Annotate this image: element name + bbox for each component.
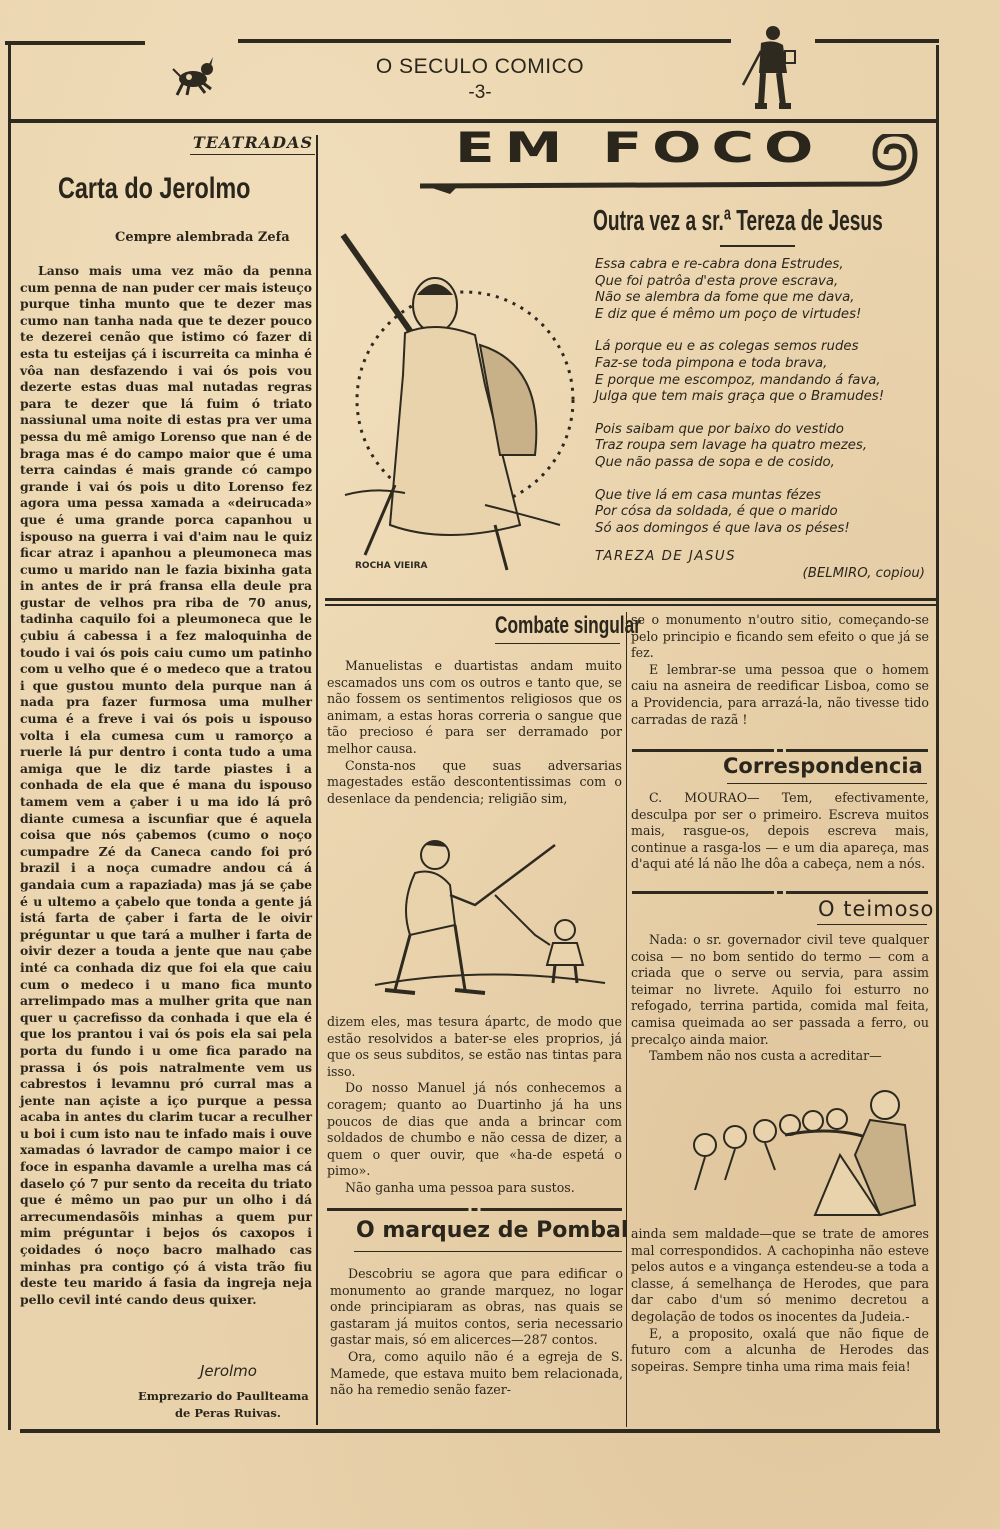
poem-title-underline	[720, 245, 795, 247]
correspondencia-top-rule	[632, 749, 928, 752]
article-title-carta: Carta do Jerolmo	[58, 172, 250, 206]
correspondencia-recipient: C. MOURAO—	[649, 790, 760, 805]
poem-copier: (BELMIRO, copiou)	[595, 566, 935, 583]
marquez-paragraph: Descobriu se agora que para edificar o m…	[330, 1266, 623, 1349]
bottom-rule	[20, 1429, 940, 1433]
teimoso-paragraph: Tambem não nos custa a acreditar—	[631, 1048, 929, 1065]
signature-title-line1: Emprezario do Paullteama	[138, 1389, 309, 1403]
article-title-combate: Combate singular	[495, 612, 641, 640]
poem-line: Por cósa da soldada, é que o marido	[595, 504, 935, 521]
combate-paragraph: dizem eles, mas tesura ápartc, de modo q…	[327, 1014, 622, 1080]
poem-line: Que não passa de sopa e de cosido,	[595, 455, 935, 472]
article-body-combate-bottom: dizem eles, mas tesura ápartc, de modo q…	[327, 1014, 622, 1197]
poem-line: Traz roupa sem lavage ha quatro mezes,	[595, 438, 935, 455]
article-body-correspondencia: C. MOURAO— Tem, efectivamente, desculpa …	[631, 790, 929, 873]
section-label-teatradas: TEATRADAS	[150, 133, 313, 152]
poem-line: Essa cabra e re-cabra dona Estrudes,	[595, 257, 935, 274]
signature: Jerolmo	[200, 1362, 257, 1380]
poem-author: TAREZA DE JASUS	[595, 549, 935, 566]
article-body-carta: Lanso mais uma vez mão da penna cum penn…	[20, 263, 312, 1308]
marquez-underline	[354, 1251, 622, 1252]
article-body-marquez-continued: se o monumento n'outro sitio, começando-…	[631, 612, 929, 728]
top-rule-right	[815, 39, 939, 43]
poem-stanza-3: Pois saibam que por baixo do vestido Tra…	[595, 422, 935, 472]
poem-line: Não se alembra da fome que me dava,	[595, 290, 935, 307]
article-body-marquez: Descobriu se agora que para edificar o m…	[330, 1266, 623, 1399]
frame-right-border	[936, 45, 939, 1430]
sword-duel-illustration	[355, 825, 615, 1005]
em-foco-bottom-rule	[325, 598, 936, 606]
poem-line: Faz-se toda pimpona e toda brava,	[595, 356, 935, 373]
poem-line: Que tive lá em casa muntas fézes	[595, 488, 935, 505]
poem-line: Pois saibam que por baixo do vestido	[595, 422, 935, 439]
column-divider-right	[626, 612, 627, 1427]
poem-stanza-2: Lá porque eu e as colegas semos rudes Fa…	[595, 339, 935, 405]
article-body-teimoso-top: Nada: o sr. governador civil teve qualqu…	[631, 932, 929, 1065]
marquez-paragraph: se o monumento n'outro sitio, começando-…	[631, 612, 929, 662]
poem-line: E porque me escompoz, mandando á fava,	[595, 373, 935, 390]
poem-stanza-1: Essa cabra e re-cabra dona Estrudes, Que…	[595, 257, 935, 323]
article-body-combate-top: Manuelistas e duartistas andam muito esc…	[327, 658, 622, 807]
article-body-teimoso-bottom: ainda sem maldade—que se trate de amores…	[631, 1226, 929, 1375]
combate-paragraph: Não ganha uma pessoa para sustos.	[327, 1180, 622, 1197]
frame-left-border	[8, 45, 11, 1430]
top-rule-left	[5, 41, 145, 45]
combate-bottom-ornament-rule	[327, 1208, 622, 1211]
spiral-ornament-icon	[420, 134, 925, 196]
top-rule-center	[238, 39, 731, 43]
marquez-paragraph: Ora, como aquilo não é a egreja de S. Ma…	[330, 1349, 623, 1399]
article-title-teimoso: O teimoso	[818, 897, 934, 921]
poem-line: Que foi patrôa d'esta prove escrava,	[595, 274, 935, 291]
teimoso-paragraph: E, a proposito, oxalá que não fique de f…	[631, 1326, 929, 1376]
poem-stanza-4: Que tive lá em casa muntas fézes Por cós…	[595, 488, 935, 538]
poem-line: Lá porque eu e as colegas semos rudes	[595, 339, 935, 356]
dog-icon	[165, 55, 225, 100]
teatradas-underline	[190, 154, 315, 155]
article-title-marquez: O marquez de Pombal	[356, 1218, 628, 1243]
carta-paragraph: Lanso mais uma vez mão da penna cum penn…	[20, 263, 312, 1308]
combate-paragraph: Do nosso Manuel já nós conhecemos a cora…	[327, 1080, 622, 1180]
correspondencia-paragraph: C. MOURAO— Tem, efectivamente, desculpa …	[631, 790, 929, 873]
teimoso-paragraph: ainda sem maldade—que se trate de amores…	[631, 1226, 929, 1326]
man-with-cane-icon	[733, 25, 803, 113]
poem-title: Outra vez a sr.ª Tereza de Jesus	[593, 205, 883, 238]
signature-title-line2: de Peras Ruivas.	[175, 1406, 281, 1420]
combate-underline	[495, 643, 620, 644]
illustration-signature: ROCHA VIEIRA	[355, 561, 428, 571]
poem: Essa cabra e re-cabra dona Estrudes, Que…	[595, 257, 935, 583]
article-title-correspondencia: Correspondencia	[723, 754, 923, 778]
salutation: Cempre alembrada Zefa	[115, 230, 290, 245]
newspaper-title: O SECULO COMICO	[330, 55, 630, 79]
teimoso-top-rule	[632, 891, 928, 894]
correspondencia-underline	[727, 783, 927, 784]
teimoso-underline	[817, 924, 927, 925]
woman-with-umbrella-illustration: ROCHA VIEIRA	[335, 225, 580, 575]
woman-with-children-illustration	[665, 1085, 925, 1220]
column-divider-left	[316, 135, 318, 1425]
teimoso-paragraph: Nada: o sr. governador civil teve qualqu…	[631, 932, 929, 1048]
poem-line: Só aos domingos é que lava os péses!	[595, 521, 935, 538]
poem-line: E diz que é mêmo um poço de virtudes!	[595, 307, 935, 324]
poem-line: Julga que tem mais graça que o Bramudes!	[595, 389, 935, 406]
combate-paragraph: Manuelistas e duartistas andam muito esc…	[327, 658, 622, 758]
page-number: -3-	[430, 82, 530, 104]
marquez-paragraph: E lembrar-se uma pessoa que o homem caiu…	[631, 662, 929, 728]
combate-paragraph: Consta-nos que suas adversarias magestad…	[327, 758, 622, 808]
